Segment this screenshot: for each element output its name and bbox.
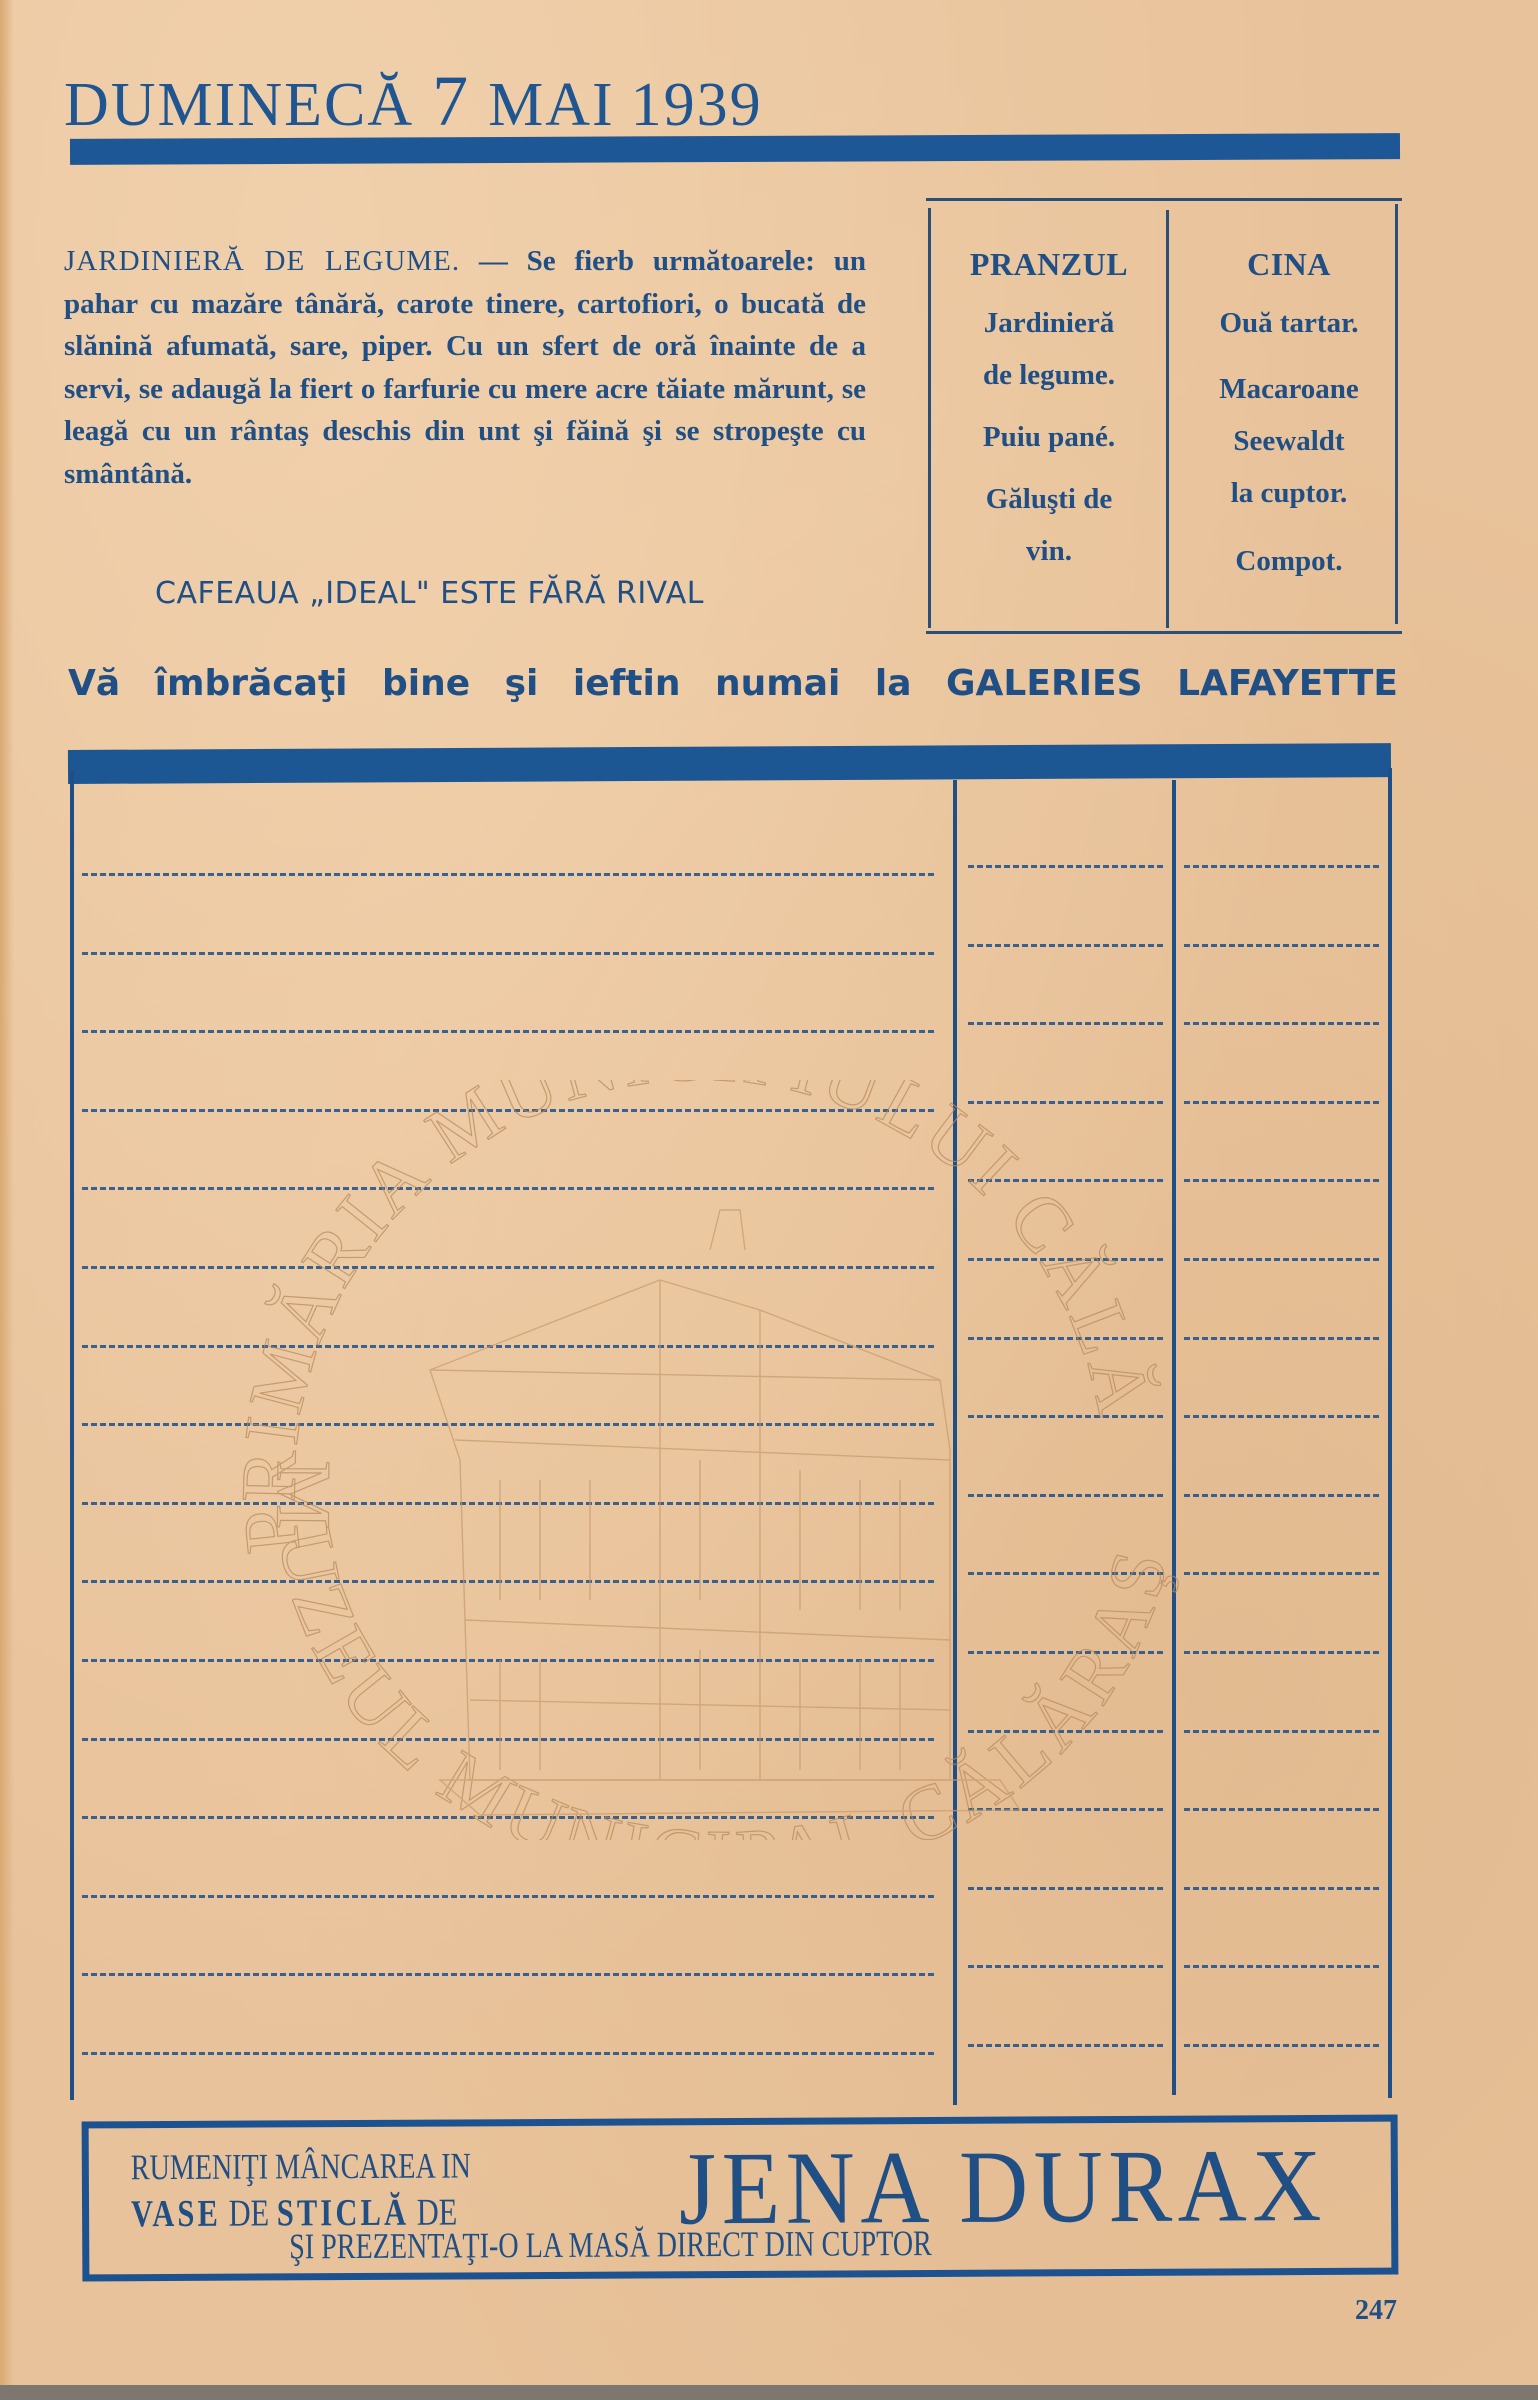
ledger-row-amount-1 (968, 1808, 1163, 1811)
ledger-row-amount-1 (968, 1651, 1163, 1654)
ledger-row-notes (82, 1266, 937, 1269)
ad-word: LAFAYETTE (1177, 663, 1398, 704)
ledger-row-amount-2 (1184, 1651, 1380, 1654)
ledger-row-notes (82, 873, 937, 876)
menu-item: Compot. (1174, 535, 1404, 587)
recipe-body: — Se fierb următoarele: un pahar cu mază… (64, 245, 866, 490)
ledger-row-amount-2 (1184, 1730, 1380, 1733)
page-date-title: DUMINECĂ7MAI1939 (64, 60, 763, 143)
ledger-row-notes (82, 1345, 937, 1348)
page-edge-shadow (0, 0, 14, 2400)
ledger-row-notes (82, 1973, 937, 1976)
ledger-row-amount-1 (968, 1494, 1163, 1497)
header-rule-bar (70, 133, 1400, 165)
recipe-paragraph: JARDINIERĂ DE LEGUME. — Se fierb următoa… (64, 240, 866, 495)
menu-divider (1166, 210, 1169, 628)
ledger-row-notes (82, 1738, 937, 1741)
ledger-column-divider-1 (953, 780, 957, 2105)
svg-text:PRIMĂRIA MUNICIPIULUI CĂLĂRAŞI: PRIMĂRIA MUNICIPIULUI CĂLĂRAŞI (240, 1080, 1170, 1557)
ledger-border-left (70, 770, 74, 2100)
menu-column-dinner: CINA Ouă tartar. Macaroane Seewaldt la c… (1174, 246, 1404, 587)
menu-border-left (928, 208, 931, 628)
menu-border-bottom (926, 631, 1402, 634)
ledger-row-amount-2 (1184, 1572, 1380, 1575)
year: 1939 (631, 71, 763, 139)
ledger-row-amount-1 (968, 1965, 1163, 1968)
coffee-slogan: CAFEAUA „IDEAL" ESTE FĂRĂ RIVAL (155, 576, 795, 611)
ledger-row-amount-2 (1184, 1965, 1380, 1968)
ledger-row-notes (82, 1895, 937, 1898)
ledger-row-amount-1 (968, 1258, 1163, 1261)
menu-item: Puiu pané. (934, 411, 1164, 463)
advert-line-1: RUMENIŢI MÂNCAREA IN (131, 2144, 471, 2188)
ledger-row-amount-1 (968, 944, 1163, 947)
ledger-row-amount-2 (1184, 1258, 1380, 1261)
ledger-row-notes (82, 1502, 937, 1505)
menu-item: de legume. (934, 349, 1164, 401)
recipe-title: JARDINIERĂ DE LEGUME. (64, 245, 460, 277)
menu-column-lunch: PRANZUL Jardinieră de legume. Puiu pané.… (934, 246, 1164, 577)
ledger-row-amount-2 (1184, 2044, 1380, 2047)
ledger-row-amount-2 (1184, 944, 1380, 947)
menu-item: la cuptor. (1174, 467, 1404, 519)
ledger-row-notes (82, 2052, 937, 2055)
advert-line-3: ŞI PREZENTAŢI-O LA MASĂ DIRECT DIN CUPTO… (289, 2222, 932, 2267)
ledger-row-amount-1 (968, 1101, 1163, 1104)
ledger-border-right (1388, 768, 1392, 2098)
ledger-row-amount-2 (1184, 1494, 1380, 1497)
ledger-row-amount-2 (1184, 1179, 1380, 1182)
ad-word: GALERIES (946, 663, 1143, 704)
ledger-row-amount-2 (1184, 1337, 1380, 1340)
menu-item: vin. (934, 525, 1164, 577)
ad-word: Vă (68, 663, 120, 704)
ad-word: numai (715, 663, 840, 704)
ledger-row-amount-1 (968, 1887, 1163, 1890)
menu-item: Jardinieră (934, 297, 1164, 349)
ledger-row-amount-1 (968, 2044, 1163, 2047)
menu-item: Seewaldt (1174, 415, 1404, 467)
menu-heading-lunch: PRANZUL (934, 246, 1164, 283)
embossed-museum-stamp-icon: PRIMĂRIA MUNICIPIULUI CĂLĂRAŞI MUZEUL MU… (240, 1080, 1220, 1840)
ledger-row-notes (82, 1187, 937, 1190)
ledger-row-amount-1 (968, 865, 1163, 868)
ledger-row-notes (82, 952, 937, 955)
ledger-header-bar (68, 743, 1391, 784)
stamp-bottom-text: MUZEUL MUNICIPAL CĂLĂRAŞI (240, 1080, 1185, 1840)
day-number: 7 (432, 61, 470, 141)
ledger-column-divider-2 (1172, 780, 1176, 2095)
ad-word: ieftin (573, 663, 681, 704)
ad-word: bine (382, 663, 470, 704)
menu-item: Găluşti de (934, 473, 1164, 525)
ad-word: şi (505, 663, 539, 704)
ledger-row-notes (82, 1816, 937, 1819)
menu-item: Macaroane (1174, 363, 1404, 415)
menu-item: Ouă tartar. (1174, 297, 1404, 349)
ledger-row-amount-2 (1184, 1101, 1380, 1104)
ledger-row-notes (82, 1580, 937, 1583)
menu-box: PRANZUL Jardinieră de legume. Puiu pané.… (926, 198, 1402, 634)
ledger-row-amount-1 (968, 1730, 1163, 1733)
weekday: DUMINECĂ (64, 71, 414, 139)
ledger-row-amount-1 (968, 1572, 1163, 1575)
ledger-row-amount-2 (1184, 1022, 1380, 1025)
month: MAI (488, 71, 615, 139)
jena-durax-advert: RUMENIŢI MÂNCAREA IN VASE DE STICLĂ DE J… (82, 2115, 1399, 2282)
ledger-row-amount-2 (1184, 1415, 1380, 1418)
ledger-row-amount-2 (1184, 1808, 1380, 1811)
ledger-row-notes (82, 1030, 937, 1033)
ledger-row-amount-1 (968, 1179, 1163, 1182)
ledger-row-amount-1 (968, 1022, 1163, 1025)
menu-heading-dinner: CINA (1174, 246, 1404, 283)
ledger-row-amount-2 (1184, 1887, 1380, 1890)
page-number: 247 (1355, 2295, 1397, 2327)
svg-text:MUZEUL MUNICIPAL CĂLĂRAŞI: MUZEUL MUNICIPAL CĂLĂRAŞI (240, 1080, 1185, 1840)
ledger-row-amount-1 (968, 1337, 1163, 1340)
ledger-row-notes (82, 1423, 937, 1426)
ledger-row-amount-1 (968, 1415, 1163, 1418)
stamp-top-text: PRIMĂRIA MUNICIPIULUI CĂLĂRAŞI (240, 1080, 1170, 1557)
galeries-lafayette-ad: Vă îmbrăcaţi bine şi ieftin numai la GAL… (68, 663, 1398, 704)
scan-bottom-edge (0, 2385, 1538, 2400)
menu-border-top (926, 198, 1402, 201)
ad-word: la (875, 663, 912, 704)
advert-vase: VASE (131, 2193, 221, 2235)
ledger-row-notes (82, 1659, 937, 1662)
ad-word: îmbrăcaţi (155, 663, 348, 704)
ledger-row-notes (82, 1109, 937, 1112)
ledger-row-amount-2 (1184, 865, 1380, 868)
advert-de: DE (221, 2192, 277, 2234)
